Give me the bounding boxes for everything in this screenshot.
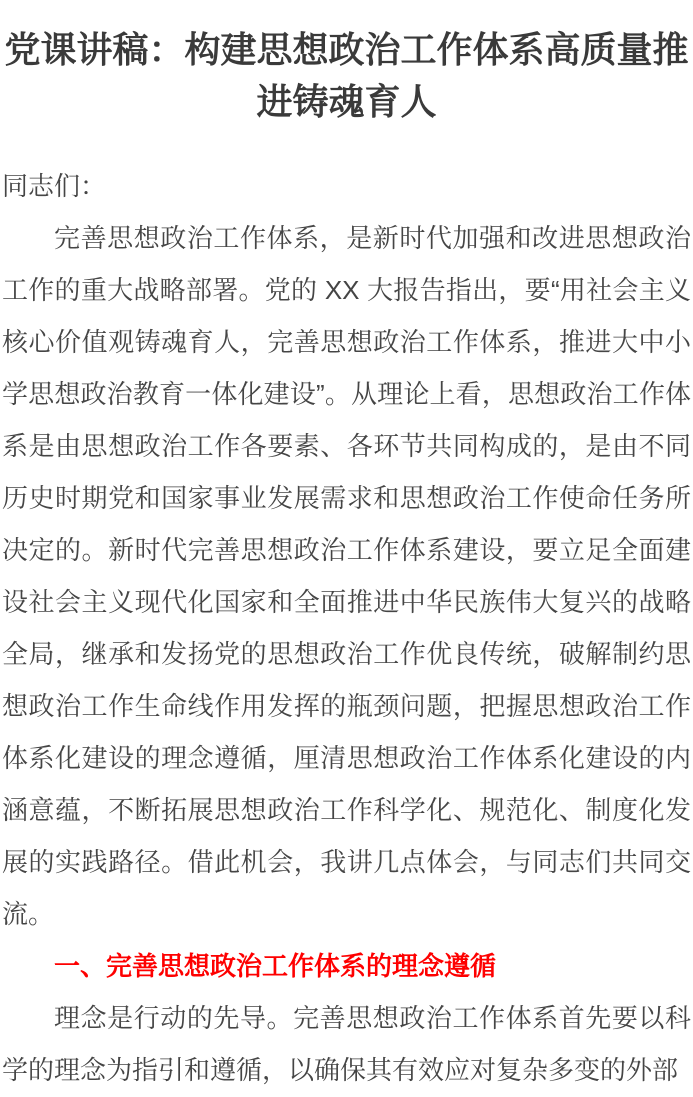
section-1-heading: 一、完善思想政治工作体系的理念遵循	[2, 940, 691, 992]
salutation: 同志们：	[2, 160, 691, 212]
article-title: 党课讲稿：构建思想政治工作体系高质量推进铸魂育人	[2, 24, 691, 128]
document-page: 党课讲稿：构建思想政治工作体系高质量推进铸魂育人 同志们： 完善思想政治工作体系…	[0, 24, 693, 1096]
intro-paragraph: 完善思想政治工作体系，是新时代加强和改进思想政治工作的重大战略部署。党的 XX …	[2, 212, 691, 940]
section-1-paragraph: 理念是行动的先导。完善思想政治工作体系首先要以科学的理念为指引和遵循，以确保其有…	[2, 992, 691, 1096]
